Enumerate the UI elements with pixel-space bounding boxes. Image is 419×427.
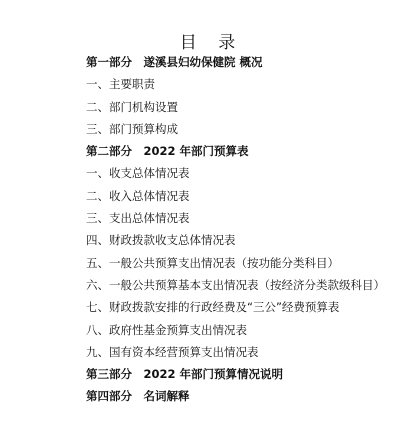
toc-item: 五、一般公共预算支出情况表（按功能分类科目） — [63, 252, 408, 274]
toc-title: 目 录 — [0, 28, 419, 53]
toc-part-4: 第四部分 名词解释 — [63, 385, 408, 407]
toc-item: 二、部门机构设置 — [63, 96, 408, 118]
toc-item: 九、国有资本经营预算支出情况表 — [63, 341, 408, 363]
toc-item: 七、财政拨款安排的行政经费及“三公”经费预算表 — [63, 296, 408, 318]
toc-item: 一、收支总体情况表 — [63, 162, 408, 184]
toc-part-2: 第二部分 2022 年部门预算表 — [63, 140, 408, 162]
toc-item: 三、支出总体情况表 — [63, 207, 408, 229]
document-page: 目 录 第一部分 遂溪县妇幼保健院 概况 一、主要职责 二、部门机构设置 三、部… — [0, 0, 419, 427]
toc-part-3: 第三部分 2022 年部门预算情况说明 — [63, 363, 408, 385]
toc-item: 三、部门预算构成 — [63, 118, 408, 140]
toc-part-1: 第一部分 遂溪县妇幼保健院 概况 — [63, 51, 408, 73]
toc-item: 六、一般公共预算基本支出情况表（按经济分类款级科目） — [63, 274, 408, 296]
toc-item: 二、收入总体情况表 — [63, 185, 408, 207]
table-of-contents: 第一部分 遂溪县妇幼保健院 概况 一、主要职责 二、部门机构设置 三、部门预算构… — [63, 51, 408, 408]
toc-item: 一、主要职责 — [63, 73, 408, 95]
toc-item: 八、政府性基金预算支出情况表 — [63, 319, 408, 341]
toc-item: 四、财政拨款收支总体情况表 — [63, 229, 408, 251]
